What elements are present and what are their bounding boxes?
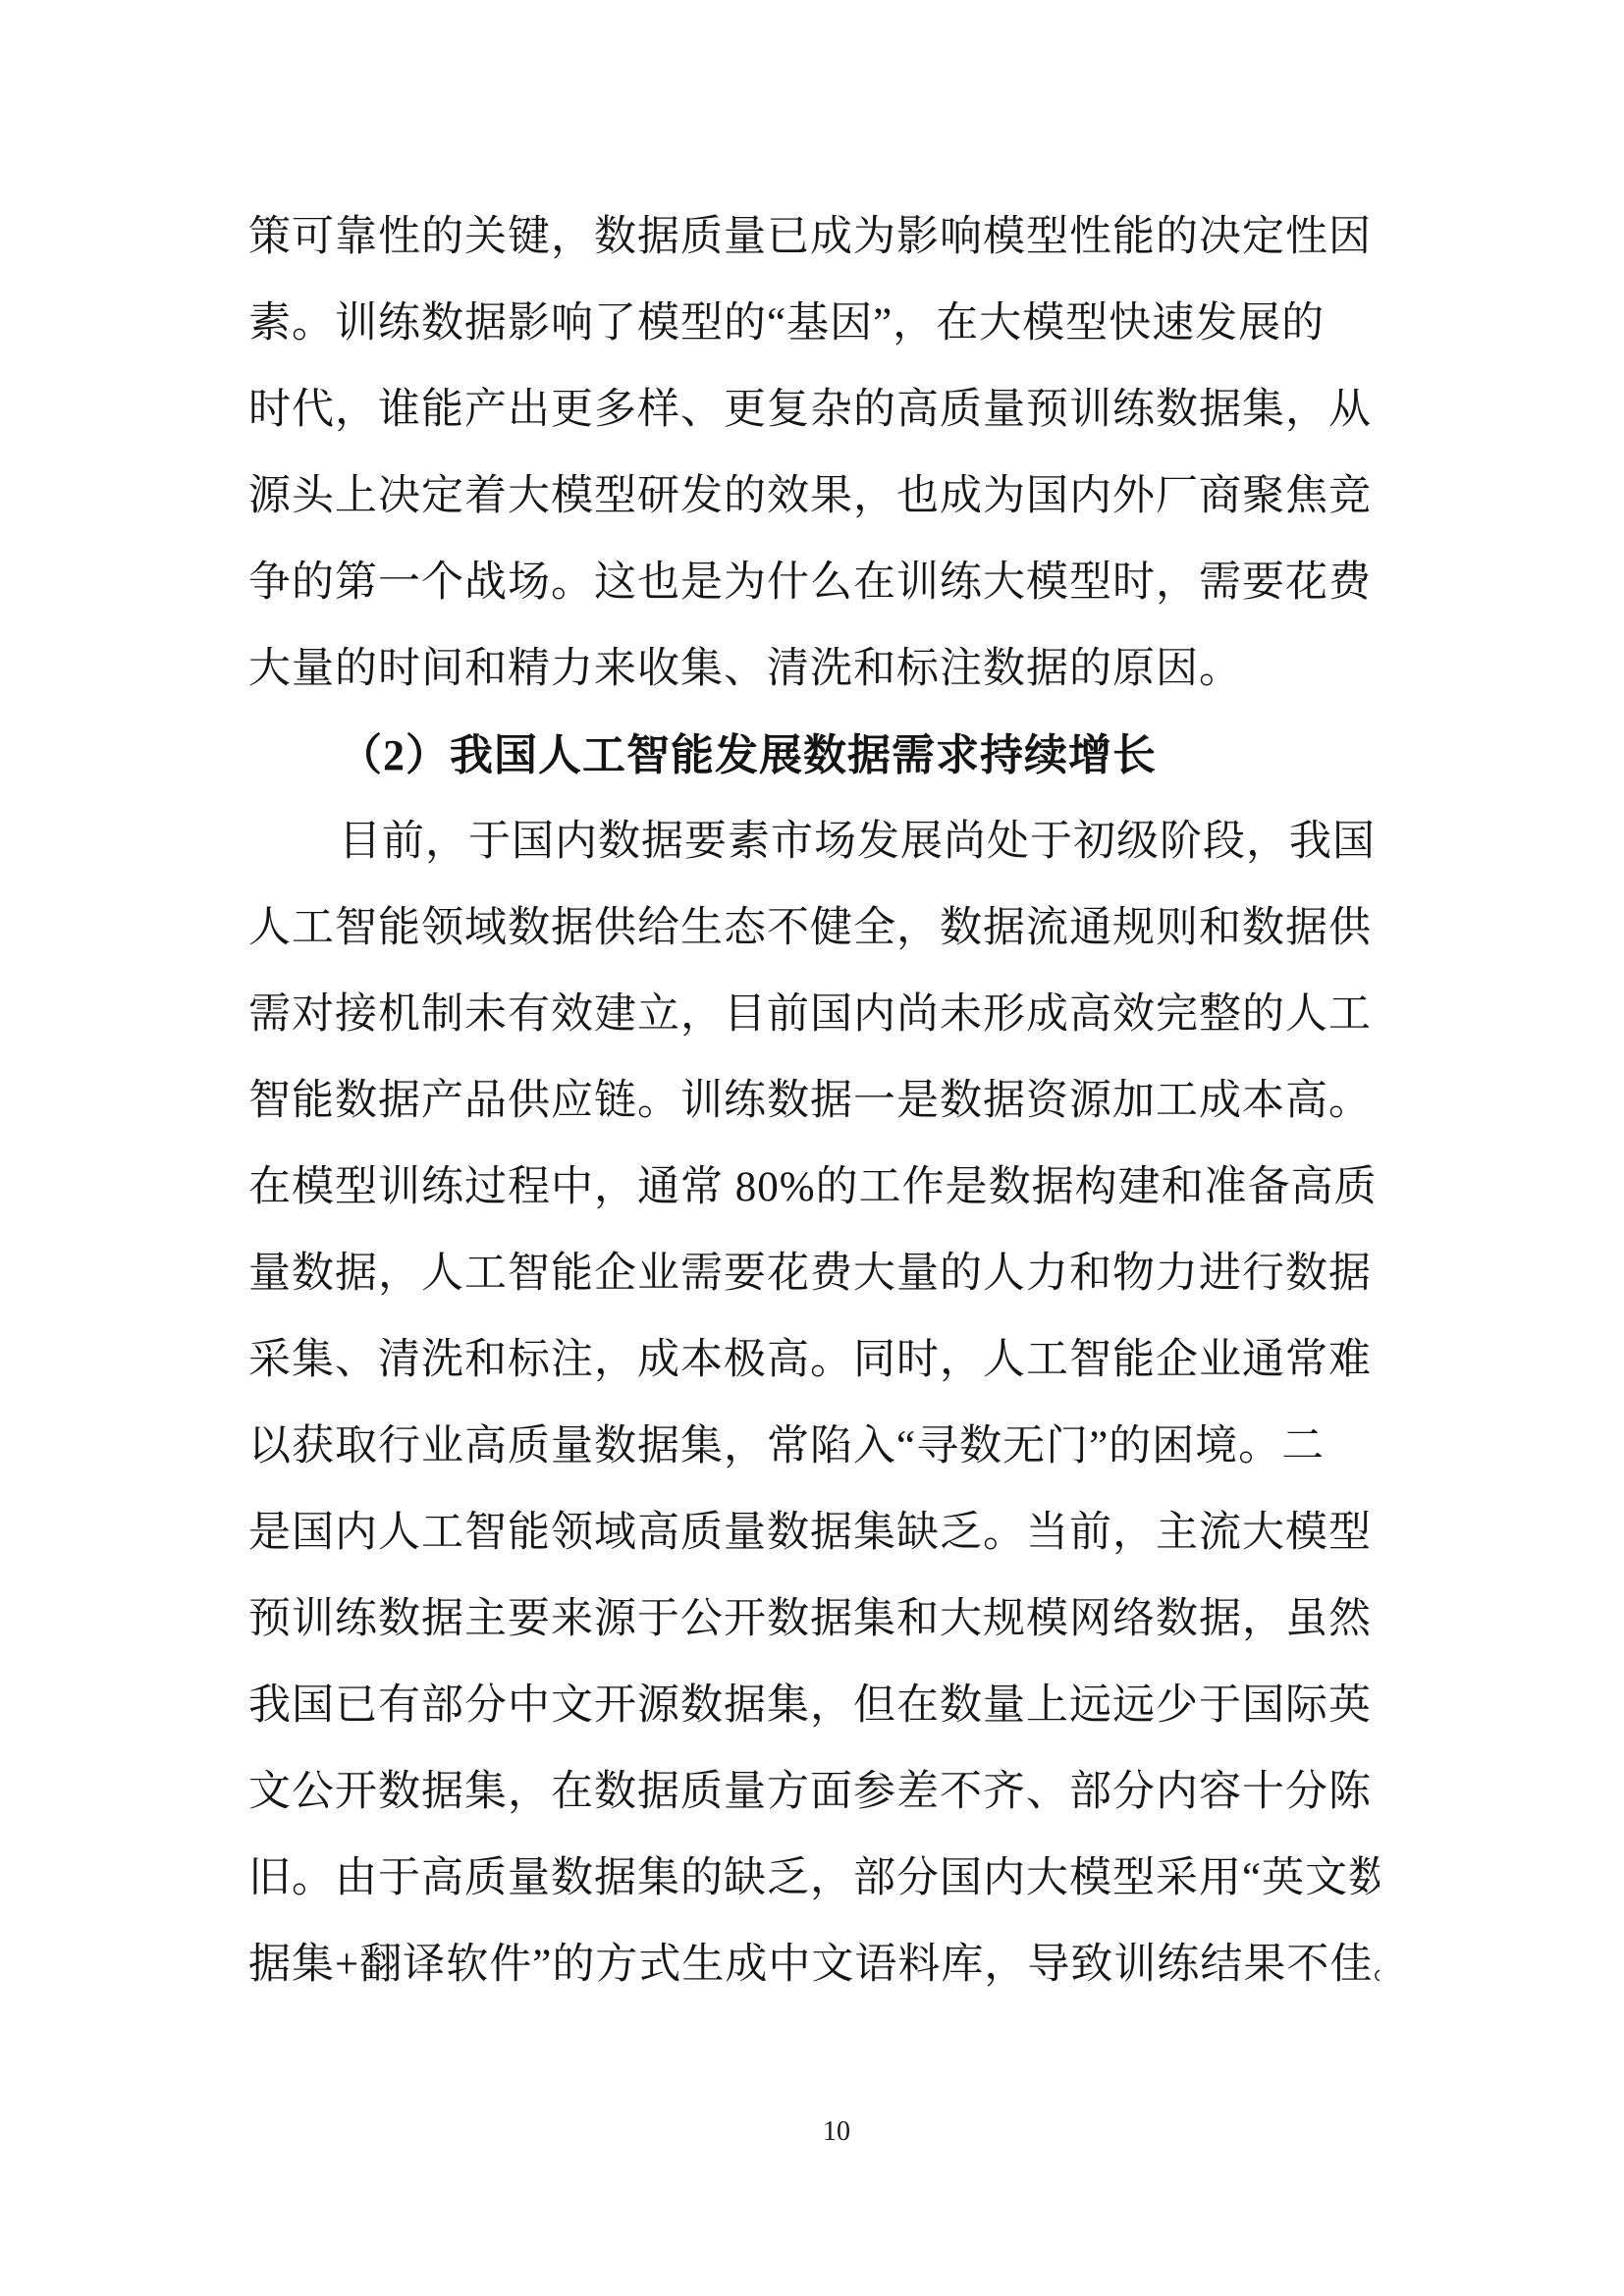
text-line: 是国内人工智能领域高质量数据集缺乏。当前，主流大模型 xyxy=(248,1490,1380,1576)
text-line: 采集、清洗和标注，成本极高。同时，人工智能企业通常难 xyxy=(248,1317,1380,1404)
text-line: 争的第一个战场。这也是为什么在训练大模型时，需要花费 xyxy=(248,540,1380,626)
text-line: 我国已有部分中文开源数据集，但在数量上远远少于国际英 xyxy=(248,1663,1380,1749)
text-line: 人工智能领域数据供给生态不健全，数据流通规则和数据供 xyxy=(248,885,1380,972)
text-line: 量数据，人工智能企业需要花费大量的人力和物力进行数据 xyxy=(248,1231,1380,1317)
page-number: 10 xyxy=(0,2112,1624,2152)
section-heading: （2）我国人工智能发展数据需求持续增长 xyxy=(248,713,1380,799)
text-line: 素。训练数据影响了模型的“基因”，在大模型快速发展的 xyxy=(248,281,1380,367)
text-line: 以获取行业高质量数据集，常陷入“寻数无门”的困境。二 xyxy=(248,1404,1380,1490)
text-line: 文公开数据集，在数据质量方面参差不齐、部分内容十分陈 xyxy=(248,1749,1380,1836)
text-block: 策可靠性的关键，数据质量已成为影响模型性能的决定性因 素。训练数据影响了模型的“… xyxy=(248,194,1380,2008)
text-line: 策可靠性的关键，数据质量已成为影响模型性能的决定性因 xyxy=(248,194,1380,281)
text-line: 目前，于国内数据要素市场发展尚处于初级阶段，我国 xyxy=(248,799,1380,885)
document-page: 策可靠性的关键，数据质量已成为影响模型性能的决定性因 素。训练数据影响了模型的“… xyxy=(0,0,1624,2296)
text-line: 需对接机制未有效建立，目前国内尚未形成高效完整的人工 xyxy=(248,972,1380,1058)
text-line: 预训练数据主要来源于公开数据集和大规模网络数据，虽然 xyxy=(248,1576,1380,1663)
text-line: 源头上决定着大模型研发的效果，也成为国内外厂商聚焦竞 xyxy=(248,454,1380,540)
text-line: 在模型训练过程中，通常 80%的工作是数据构建和准备高质 xyxy=(248,1145,1380,1231)
text-line: 据集+翻译软件”的方式生成中文语料库，导致训练结果不佳。 xyxy=(248,1922,1380,2008)
text-line: 时代，谁能产出更多样、更复杂的高质量预训练数据集，从 xyxy=(248,367,1380,454)
text-line: 智能数据产品供应链。训练数据一是数据资源加工成本高。 xyxy=(248,1058,1380,1145)
text-line: 旧。由于高质量数据集的缺乏，部分国内大模型采用“英文数 xyxy=(248,1836,1380,1922)
text-line: 大量的时间和精力来收集、清洗和标注数据的原因。 xyxy=(248,626,1380,713)
